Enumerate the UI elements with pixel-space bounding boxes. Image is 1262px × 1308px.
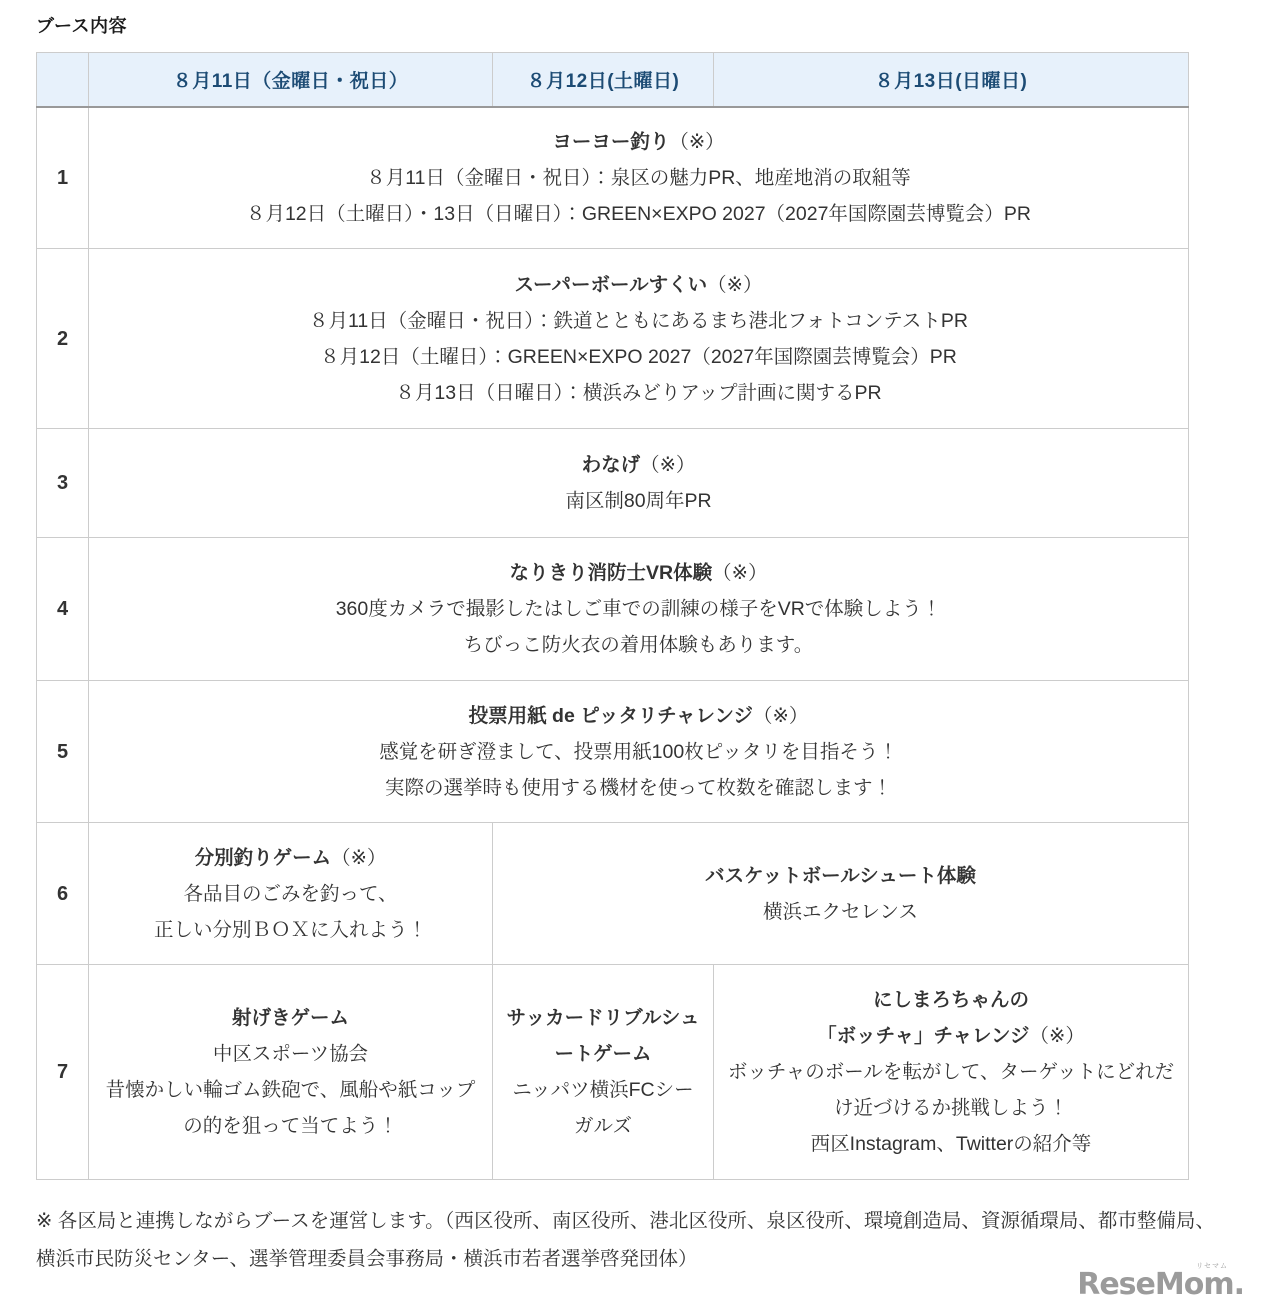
table-header-row: ８月11日（金曜日・祝日） ８月12日(土曜日) ８月13日(日曜日) bbox=[37, 53, 1189, 107]
booth-cell: 分別釣りゲーム（※） 各品目のごみを釣って、 正しい分別ＢＯＸに入れよう！ bbox=[89, 823, 493, 965]
article-body: ブース内容 ８月11日（金曜日・祝日） ８月12日(土曜日) ８月13日(日曜日… bbox=[0, 0, 1262, 1278]
row-number: 3 bbox=[37, 429, 89, 538]
booth-title: 投票用紙 de ピッタリチャレンジ（※） bbox=[101, 698, 1176, 734]
row-number: 7 bbox=[37, 965, 89, 1180]
booth-cell: 射げきゲーム 中区スポーツ協会 昔懐かしい輪ゴム鉄砲で、風船や紙コップの的を狙っ… bbox=[89, 965, 493, 1180]
booth-line: 西区Instagram、Twitterの紹介等 bbox=[726, 1126, 1176, 1162]
booth-line: 昔懐かしい輪ゴム鉄砲で、風船や紙コップの的を狙って当てよう！ bbox=[101, 1072, 480, 1144]
booth-title: わなげ（※） bbox=[101, 447, 1176, 483]
asterisk-mark: （※） bbox=[669, 131, 724, 153]
asterisk-mark: （※） bbox=[707, 274, 762, 296]
booth-cell: サッカードリブルシュートゲーム ニッパツ横浜FCシーガルズ bbox=[493, 965, 714, 1180]
booth-title: にしまろちゃんの bbox=[726, 982, 1176, 1018]
table-row: 2 スーパーボールすくい（※） ８月11日（金曜日・祝日）：鉄道とともにあるまち… bbox=[37, 249, 1189, 429]
booth-cell: わなげ（※） 南区制80周年PR bbox=[89, 429, 1189, 538]
booth-line: 感覚を研ぎ澄まして、投票用紙100枚ピッタリを目指そう！ bbox=[101, 734, 1176, 770]
booth-line: 横浜エクセレンス bbox=[505, 894, 1176, 930]
booth-title: なりきり消防士VR体験（※） bbox=[101, 555, 1176, 591]
booth-cell: バスケットボールシュート体験 横浜エクセレンス bbox=[493, 823, 1189, 965]
booth-title: スーパーボールすくい（※） bbox=[101, 267, 1176, 303]
booth-cell: なりきり消防士VR体験（※） 360度カメラで撮影したはしご車での訓練の様子をV… bbox=[89, 538, 1189, 681]
booth-title: 分別釣りゲーム（※） bbox=[101, 840, 480, 876]
resemom-watermark: リセマム ReseMom. bbox=[1077, 1267, 1244, 1302]
table-row: 6 分別釣りゲーム（※） 各品目のごみを釣って、 正しい分別ＢＯＸに入れよう！ … bbox=[37, 823, 1189, 965]
booth-line: ８月11日（金曜日・祝日）：鉄道とともにあるまち港北フォトコンテストPR bbox=[101, 303, 1176, 339]
row-number: 2 bbox=[37, 249, 89, 429]
row-number: 6 bbox=[37, 823, 89, 965]
table-row: 5 投票用紙 de ピッタリチャレンジ（※） 感覚を研ぎ澄まして、投票用紙100… bbox=[37, 681, 1189, 823]
asterisk-mark: （※） bbox=[331, 847, 386, 869]
row-number: 5 bbox=[37, 681, 89, 823]
booth-title: サッカードリブルシュートゲーム bbox=[505, 1000, 701, 1072]
booth-title: ヨーヨー釣り（※） bbox=[101, 124, 1176, 160]
page-title: ブース内容 bbox=[36, 12, 1226, 38]
booth-title: 「ボッチャ」チャレンジ（※） bbox=[726, 1018, 1176, 1054]
table-row: 3 わなげ（※） 南区制80周年PR bbox=[37, 429, 1189, 538]
table-row: 7 射げきゲーム 中区スポーツ協会 昔懐かしい輪ゴム鉄砲で、風船や紙コップの的を… bbox=[37, 965, 1189, 1180]
booth-line: 南区制80周年PR bbox=[101, 483, 1176, 519]
resemom-logo: ReseMom. bbox=[1077, 1267, 1244, 1302]
booth-line: ８月12日（土曜日）・13日（日曜日）：GREEN×EXPO 2027（2027… bbox=[101, 196, 1176, 232]
booth-line: ニッパツ横浜FCシーガルズ bbox=[505, 1072, 701, 1144]
booth-line: ボッチャのボールを転がして、ターゲットにどれだけ近づけるか挑戦しよう！ bbox=[726, 1054, 1176, 1126]
booth-cell: ヨーヨー釣り（※） ８月11日（金曜日・祝日）：泉区の魅力PR、地産地消の取組等… bbox=[89, 107, 1189, 249]
asterisk-mark: （※） bbox=[753, 705, 808, 727]
booth-line: 各品目のごみを釣って、 bbox=[101, 876, 480, 912]
booth-line: ８月11日（金曜日・祝日）：泉区の魅力PR、地産地消の取組等 bbox=[101, 160, 1176, 196]
header-corner-cell bbox=[37, 53, 89, 107]
booth-cell: 投票用紙 de ピッタリチャレンジ（※） 感覚を研ぎ澄まして、投票用紙100枚ピ… bbox=[89, 681, 1189, 823]
booth-line: 360度カメラで撮影したはしご車での訓練の様子をVRで体験しよう！ bbox=[101, 591, 1176, 627]
booth-line: 正しい分別ＢＯＸに入れよう！ bbox=[101, 912, 480, 948]
row-number: 4 bbox=[37, 538, 89, 681]
booth-cell: にしまろちゃんの 「ボッチャ」チャレンジ（※） ボッチャのボールを転がして、ター… bbox=[714, 965, 1189, 1180]
table-row: 1 ヨーヨー釣り（※） ８月11日（金曜日・祝日）：泉区の魅力PR、地産地消の取… bbox=[37, 107, 1189, 249]
asterisk-mark: （※） bbox=[640, 454, 695, 476]
resemom-logo-ruby: リセマム bbox=[1196, 1261, 1228, 1271]
asterisk-mark: （※） bbox=[1030, 1025, 1085, 1047]
booth-title: 射げきゲーム bbox=[101, 1000, 480, 1036]
header-cell-aug13: ８月13日(日曜日) bbox=[714, 53, 1189, 107]
booth-line: ８月13日（日曜日）：横浜みどりアップ計画に関するPR bbox=[101, 375, 1176, 411]
booth-line: ８月12日（土曜日）：GREEN×EXPO 2027（2027年国際園芸博覧会）… bbox=[101, 339, 1176, 375]
header-cell-aug11: ８月11日（金曜日・祝日） bbox=[89, 53, 493, 107]
asterisk-mark: （※） bbox=[712, 562, 767, 584]
booth-title: バスケットボールシュート体験 bbox=[505, 858, 1176, 894]
table-row: 4 なりきり消防士VR体験（※） 360度カメラで撮影したはしご車での訓練の様子… bbox=[37, 538, 1189, 681]
booth-line: 実際の選挙時も使用する機材を使って枚数を確認します！ bbox=[101, 770, 1176, 806]
footnote: ※ 各区局と連携しながらブースを運営します。（西区役所、南区役所、港北区役所、泉… bbox=[36, 1202, 1232, 1278]
booth-line: 中区スポーツ協会 bbox=[101, 1036, 480, 1072]
booth-cell: スーパーボールすくい（※） ８月11日（金曜日・祝日）：鉄道とともにあるまち港北… bbox=[89, 249, 1189, 429]
row-number: 1 bbox=[37, 107, 89, 249]
header-cell-aug12: ８月12日(土曜日) bbox=[493, 53, 714, 107]
booth-line: ちびっこ防火衣の着用体験もあります。 bbox=[101, 627, 1176, 663]
booth-schedule-table: ８月11日（金曜日・祝日） ８月12日(土曜日) ８月13日(日曜日) 1 ヨー… bbox=[36, 52, 1189, 1180]
